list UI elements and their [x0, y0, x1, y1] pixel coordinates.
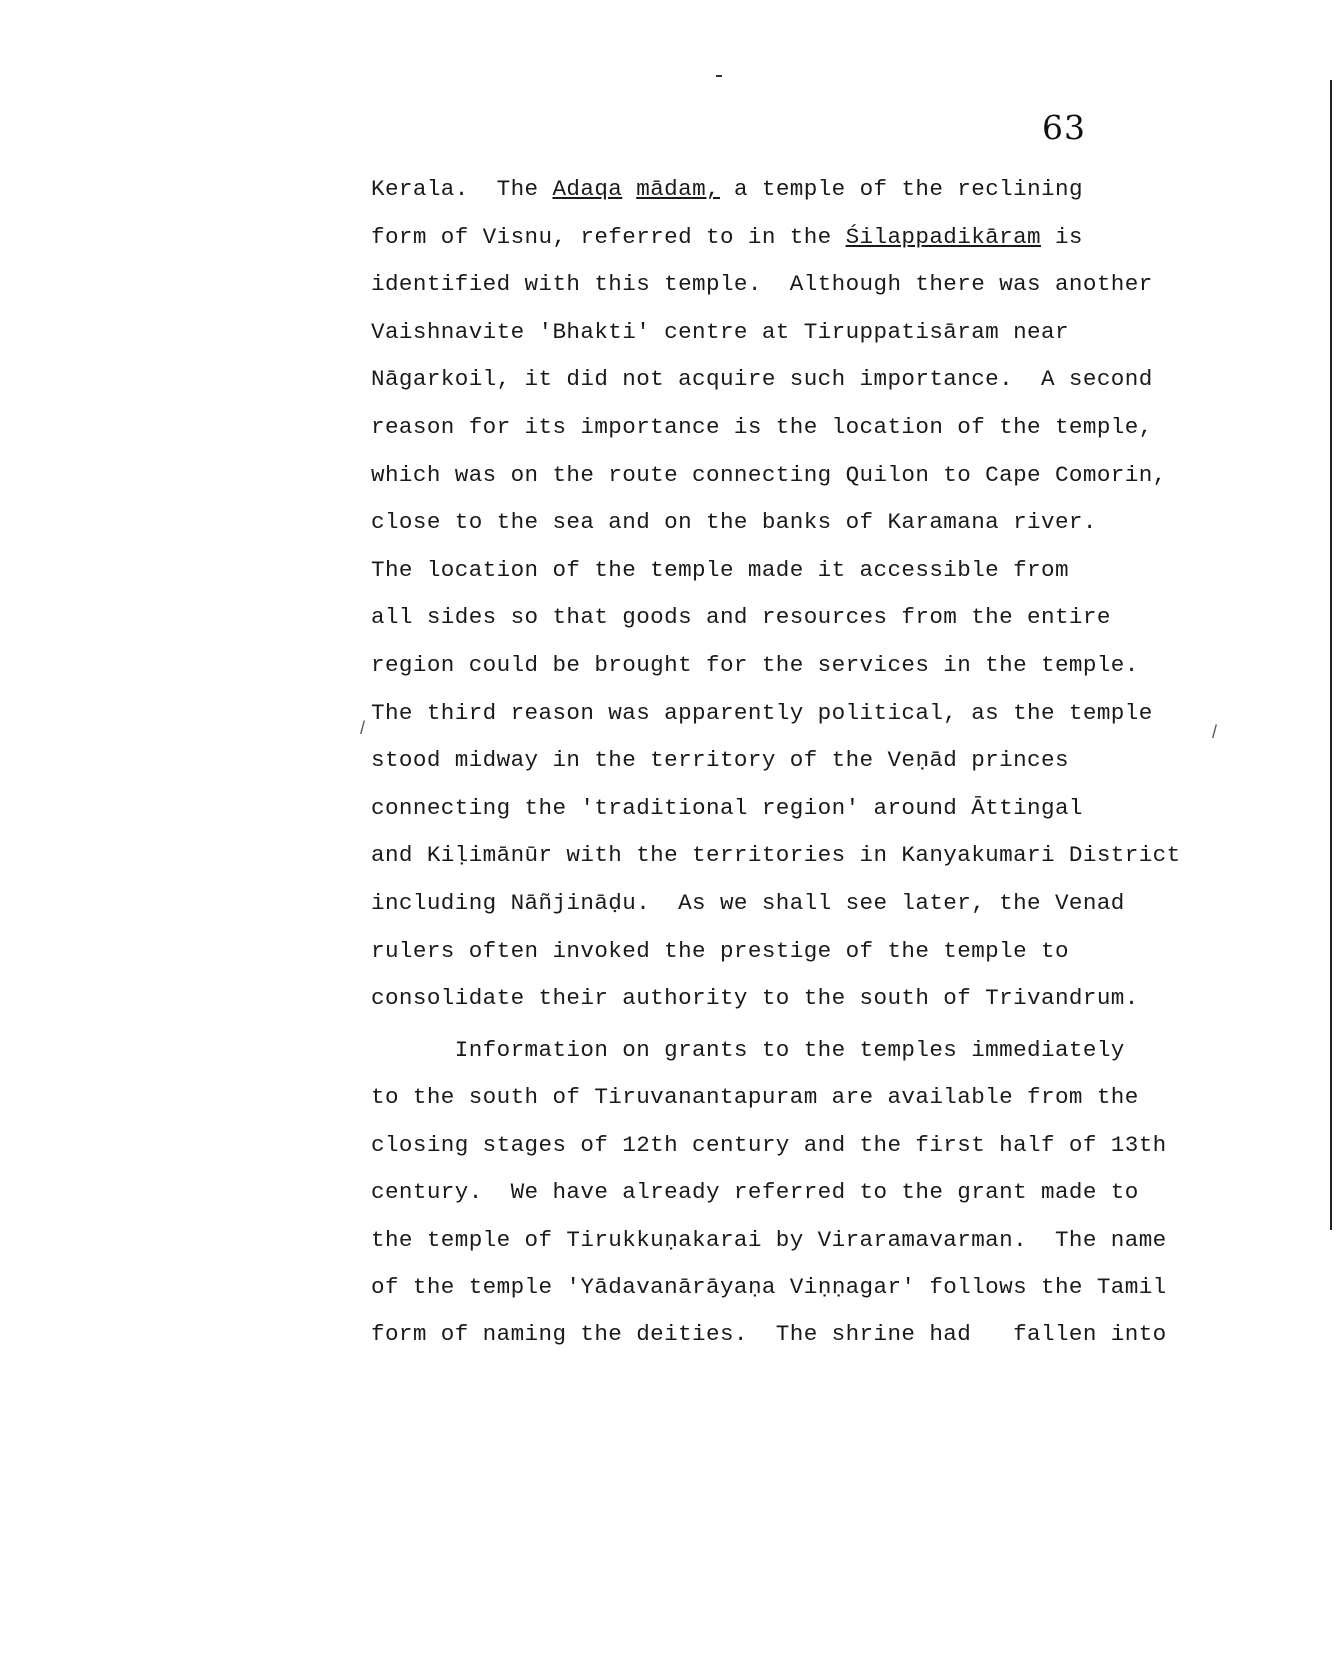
text-run: the temple of Tirukkuṇakarai by Virarama… — [371, 1227, 1167, 1253]
text-line: form of naming the deities. The shrine h… — [371, 1321, 1167, 1347]
text-line: Vaishnavite 'Bhakti' centre at Tiruppati… — [371, 319, 1069, 345]
scan-mark — [716, 75, 722, 77]
text-line: close to the sea and on the banks of Kar… — [371, 509, 1097, 535]
text-run: The location of the temple made it acces… — [371, 557, 1069, 583]
text-line: Nāgarkoil, it did not acquire such impor… — [371, 366, 1153, 392]
text-line: which was on the route connecting Quilon… — [371, 462, 1167, 488]
margin-mark: / — [1212, 722, 1217, 743]
text-run: Vaishnavite 'Bhakti' centre at Tiruppati… — [371, 319, 1069, 345]
underlined-term: Śilappadikāram — [846, 224, 1041, 250]
text-run: form of Visnu, referred to in the — [371, 224, 846, 250]
text-run: of the temple 'Yādavanārāyaṇa Viṇṇagar' … — [371, 1274, 1167, 1300]
text-run: close to the sea and on the banks of Kar… — [371, 509, 1097, 535]
text-run: and Kiḷimānūr with the territories in Ka… — [371, 842, 1181, 868]
text-line: closing stages of 12th century and the f… — [371, 1132, 1167, 1158]
page-number: 63 — [1042, 108, 1086, 147]
text-run: reason for its importance is the locatio… — [371, 414, 1153, 440]
text-run — [622, 176, 636, 202]
text-run: Kerala. The — [371, 176, 552, 202]
text-run: Nāgarkoil, it did not acquire such impor… — [371, 366, 1153, 392]
text-line: region could be brought for the services… — [371, 652, 1139, 678]
text-line: form of Visnu, referred to in the Śilapp… — [371, 224, 1083, 250]
text-run: region could be brought for the services… — [371, 652, 1139, 678]
text-line: to the south of Tiruvanantapuram are ava… — [371, 1084, 1139, 1110]
text-line: The location of the temple made it acces… — [371, 557, 1069, 583]
text-line: Kerala. The Adaqa mādam, a temple of the… — [371, 176, 1083, 202]
text-run: including Nāñjināḍu. As we shall see lat… — [371, 890, 1125, 916]
text-run: identified with this temple. Although th… — [371, 271, 1153, 297]
text-run: Information on grants to the temples imm… — [371, 1037, 1125, 1063]
text-run: which was on the route connecting Quilon… — [371, 462, 1167, 488]
text-run: all sides so that goods and resources fr… — [371, 604, 1111, 630]
text-run: rulers often invoked the prestige of the… — [371, 938, 1069, 964]
text-line: rulers often invoked the prestige of the… — [371, 938, 1069, 964]
margin-mark: / — [360, 718, 365, 739]
document-page: 63 Kerala. The Adaqa mādam, a temple of … — [0, 0, 1336, 1668]
text-run: stood midway in the territory of the Veṇ… — [371, 747, 1069, 773]
text-run: is — [1041, 224, 1083, 250]
text-line: Information on grants to the temples imm… — [371, 1037, 1125, 1063]
text-line: The third reason was apparently politica… — [371, 700, 1153, 726]
text-run: form of naming the deities. The shrine h… — [371, 1321, 1167, 1347]
text-run: connecting the 'traditional region' arou… — [371, 795, 1083, 821]
text-line: and Kiḷimānūr with the territories in Ka… — [371, 842, 1181, 868]
text-run: closing stages of 12th century and the f… — [371, 1132, 1167, 1158]
text-line: consolidate their authority to the south… — [371, 985, 1139, 1011]
text-line: reason for its importance is the locatio… — [371, 414, 1153, 440]
underlined-term: mādam, — [636, 176, 720, 202]
text-run: century. We have already referred to the… — [371, 1179, 1139, 1205]
text-line: including Nāñjināḍu. As we shall see lat… — [371, 890, 1125, 916]
text-line: connecting the 'traditional region' arou… — [371, 795, 1083, 821]
text-line: identified with this temple. Although th… — [371, 271, 1153, 297]
text-run: a temple of the reclining — [720, 176, 1083, 202]
text-line: stood midway in the territory of the Veṇ… — [371, 747, 1069, 773]
text-run: to the south of Tiruvanantapuram are ava… — [371, 1084, 1139, 1110]
text-line: of the temple 'Yādavanārāyaṇa Viṇṇagar' … — [371, 1274, 1167, 1300]
underlined-term: Adaqa — [552, 176, 622, 202]
text-line: all sides so that goods and resources fr… — [371, 604, 1111, 630]
text-line: century. We have already referred to the… — [371, 1179, 1139, 1205]
page-edge-rule — [1330, 80, 1332, 1230]
text-run: The third reason was apparently politica… — [371, 700, 1153, 726]
text-line: the temple of Tirukkuṇakarai by Virarama… — [371, 1227, 1167, 1253]
text-run: consolidate their authority to the south… — [371, 985, 1139, 1011]
